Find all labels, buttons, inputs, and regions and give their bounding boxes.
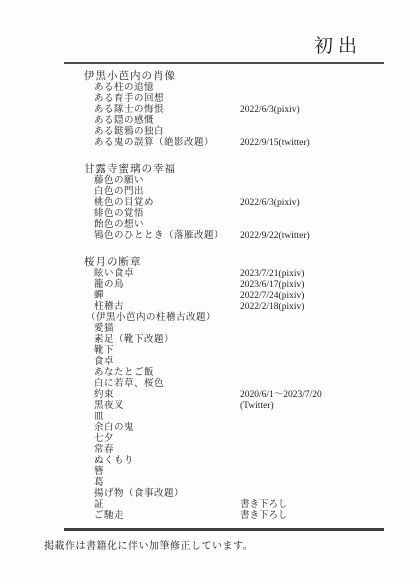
toc-row: あなたとご飯 (84, 368, 396, 379)
toc-row: 愛猫 (84, 324, 396, 335)
entry-source-note: 2023/7/21(pixiv) (240, 269, 304, 280)
entry-title: 常春 (84, 445, 114, 455)
toc-row: 緋色の覚悟 (84, 209, 396, 220)
toc-row: 蟬2022/7/24(pixiv) (84, 291, 396, 302)
entry-title: 白色の門出 (84, 187, 144, 197)
entry-title: 緋色の覚悟 (84, 209, 144, 219)
toc-row: 約束2020/6/1～2023/7/20 (84, 390, 396, 401)
entry-title: 飴色の想い (84, 220, 144, 230)
entry-title: 柱稽古 (84, 302, 124, 312)
entry-title: 愛猫 (84, 324, 114, 334)
section-heading: 甘露寺蜜璃の幸福 (84, 163, 396, 176)
entry-title: ある柱の追憶 (84, 83, 154, 93)
entry-source-note: 2022/6/3(pixiv) (240, 198, 300, 209)
entry-title: 藤色の願い (84, 176, 144, 186)
entry-title: 約束 (84, 390, 114, 400)
entry-title: 白に若草、桜色 (84, 379, 164, 389)
entry-title: 桃色の目覚め (84, 198, 154, 208)
toc-row: 眩い食卓2023/7/21(pixiv) (84, 269, 396, 280)
bottom-divider (64, 528, 384, 531)
toc: 伊黒小芭内の肖像ある柱の追憶ある育手の回想ある隊士の悔恨2022/6/3(pix… (84, 70, 396, 522)
toc-row: ある隊士の悔恨2022/6/3(pixiv) (84, 105, 396, 116)
toc-row: ぬくもり (84, 456, 396, 467)
toc-row: 藤色の願い (84, 176, 396, 187)
toc-row: 飴色の想い (84, 220, 396, 231)
entry-title: ある隠の感慨 (84, 116, 154, 126)
entry-title: ある育手の回想 (84, 94, 164, 104)
entry-title: ある鎹鴉の独白 (84, 127, 164, 137)
toc-row: ある柱の追憶 (84, 83, 396, 94)
toc-row: 白色の門出 (84, 187, 396, 198)
entry-source-note: 2023/6/17(pixiv) (240, 280, 304, 291)
toc-row: 鴇色のひととき（落雁改題）2022/9/22(twitter) (84, 231, 396, 242)
document-page: 初出 伊黒小芭内の肖像ある柱の追憶ある育手の回想ある隊士の悔恨2022/6/3(… (0, 0, 420, 582)
entry-source-note: 2022/9/22(twitter) (240, 231, 310, 242)
entry-title: ご馳走 (84, 511, 124, 521)
entry-title: 簪 (84, 467, 104, 477)
entry-title: 証 (84, 500, 104, 510)
section-heading: 桜月の断章 (84, 256, 396, 269)
footer-note: 掲載作は書籍化に伴い加筆修正しています。 (44, 537, 253, 552)
entry-title: 眩い食卓 (84, 269, 134, 279)
entry-source-note: 2022/6/3(pixiv) (240, 105, 300, 116)
entry-source-note: (Twitter) (240, 401, 274, 412)
entry-source-note: 書き下ろし (240, 500, 288, 511)
toc-row: ご馳走書き下ろし (84, 511, 396, 522)
toc-row: 揚げ物（食事改題） (84, 489, 396, 500)
toc-row: ある隠の感慨 (84, 116, 396, 127)
toc-row: 葛 (84, 478, 396, 489)
toc-row: 食卓 (84, 357, 396, 368)
entry-title: ある隊士の悔恨 (84, 105, 164, 115)
entry-source-note: 2022/9/15(twitter) (240, 138, 310, 149)
toc-row: 桃色の目覚め2022/6/3(pixiv) (84, 198, 396, 209)
entry-source-note: 2022/7/24(pixiv) (240, 291, 304, 302)
entry-title: 葛 (84, 478, 104, 488)
toc-row: 皿 (84, 412, 396, 423)
toc-section: 甘露寺蜜璃の幸福藤色の願い白色の門出桃色の目覚め2022/6/3(pixiv)緋… (84, 163, 396, 242)
entry-title: あなたとご飯 (84, 368, 154, 378)
toc-row: 柱稽古2022/2/18(pixiv) (84, 302, 396, 313)
entry-source-note: 2022/2/18(pixiv) (240, 302, 304, 313)
toc-row: 簪 (84, 467, 396, 478)
toc-row: 常春 (84, 445, 396, 456)
entry-source-note: 書き下ろし (240, 511, 288, 522)
toc-row: 黒夜叉(Twitter) (84, 401, 396, 412)
toc-row: 七夕 (84, 434, 396, 445)
toc-row: 証書き下ろし (84, 500, 396, 511)
entry-title: ぬくもり (84, 456, 134, 466)
toc-row: ある鎹鴉の独白 (84, 127, 396, 138)
entry-title: （伊黒小芭内の柱稽古改題） (84, 313, 216, 323)
entry-title: 黒夜叉 (84, 401, 124, 411)
entry-title: 七夕 (84, 434, 114, 444)
entry-title: 鴇色のひととき（落雁改題） (84, 231, 224, 241)
entry-title: 皿 (84, 412, 104, 422)
toc-row: ある鬼の誤算（絶影改題）2022/9/15(twitter) (84, 138, 396, 149)
toc-section: 伊黒小芭内の肖像ある柱の追憶ある育手の回想ある隊士の悔恨2022/6/3(pix… (84, 70, 396, 149)
entry-title: 籠の鳥 (84, 280, 124, 290)
entry-source-note: 2020/6/1～2023/7/20 (240, 390, 322, 401)
entry-title: ある鬼の誤算（絶影改題） (84, 138, 214, 148)
toc-row: 余白の鬼 (84, 423, 396, 434)
entry-title: 余白の鬼 (84, 423, 134, 433)
section-heading: 伊黒小芭内の肖像 (84, 70, 396, 83)
page-title: 初出 (314, 31, 362, 58)
toc-row: 白に若草、桜色 (84, 379, 396, 390)
entry-title: 食卓 (84, 357, 114, 367)
top-divider (64, 62, 384, 64)
toc-row: （伊黒小芭内の柱稽古改題） (84, 313, 396, 324)
toc-row: 籠の鳥2023/6/17(pixiv) (84, 280, 396, 291)
entry-title: 素足（靴下改題） (84, 335, 174, 345)
entry-title: 揚げ物（食事改題） (84, 489, 184, 499)
entry-title: 靴下 (84, 346, 114, 356)
toc-section: 桜月の断章眩い食卓2023/7/21(pixiv)籠の鳥2023/6/17(pi… (84, 256, 396, 522)
entry-title: 蟬 (84, 291, 104, 301)
toc-row: 素足（靴下改題） (84, 335, 396, 346)
toc-row: 靴下 (84, 346, 396, 357)
toc-row: ある育手の回想 (84, 94, 396, 105)
